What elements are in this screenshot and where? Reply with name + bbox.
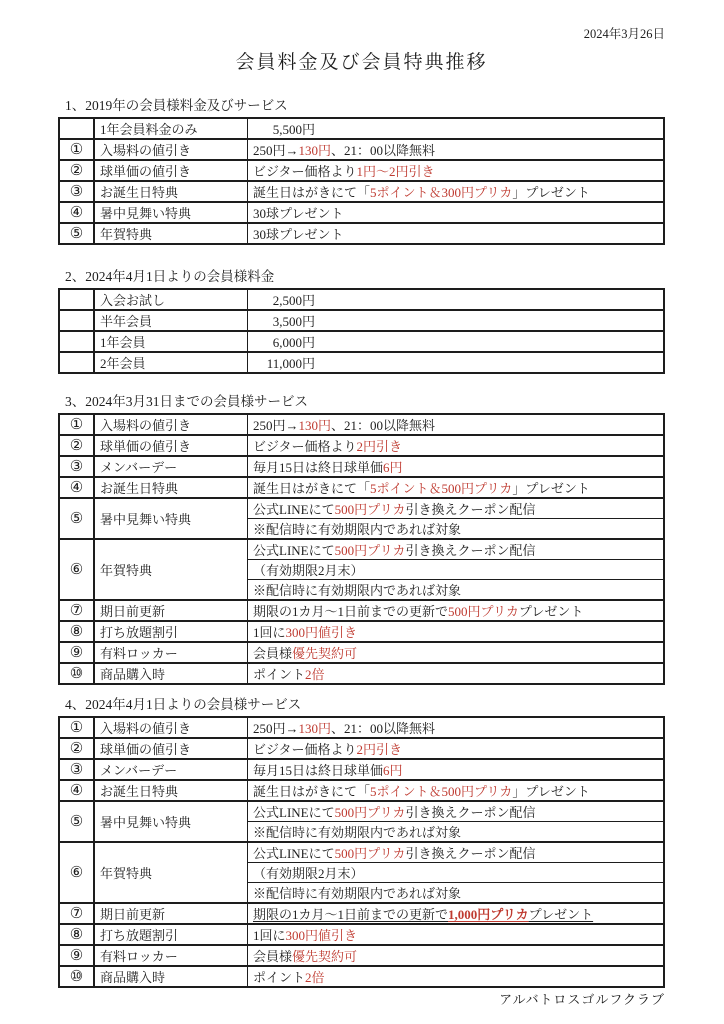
table-row: 2年会員 11,000円 <box>59 352 664 373</box>
table-row: ③ メンバーデー 毎月15日は終日球単価6円 <box>59 759 664 780</box>
value-suffix-text: 、21：00以降無料 <box>331 418 435 433</box>
table-row: ⑦ 期日前更新 期限の1カ月～1日前までの更新で1,000円プリカプレゼント <box>59 903 664 924</box>
table-row: ⑤ 暑中見舞い特典 公式LINEにて500円プリカ引き換えクーポン配信 <box>59 801 664 822</box>
value-suffix-text: 引き換えクーポン配信 <box>405 543 535 558</box>
section-heading-3: 3、2024年3月31日までの会員様サービス <box>58 394 665 410</box>
value-highlight-text: 2円引き <box>356 439 402 454</box>
row-number: ③ <box>59 759 94 780</box>
table-row: 半年会員 3,500円 <box>59 310 664 331</box>
row-value: （有効期限2月末） <box>248 560 665 580</box>
row-value: 公式LINEにて500円プリカ引き換えクーポン配信 <box>248 842 665 863</box>
row-value: 2,500円 <box>248 289 665 310</box>
document-footer: アルバトロスゴルフクラブ <box>58 992 665 1008</box>
value-highlight-text: 300円値引き <box>286 928 358 943</box>
value-prefix-text: 30球プレゼント <box>253 206 343 221</box>
value-suffix-text: 」プレゼント <box>512 481 589 496</box>
value-highlight-text: 1,000円プリカ <box>448 907 529 922</box>
row-label: 年賀特典 <box>94 539 248 600</box>
row-label: 球単価の値引き <box>94 435 248 456</box>
value-highlight-text: 500円プリカ <box>335 846 406 861</box>
row-number: ③ <box>59 456 94 477</box>
row-value: 11,000円 <box>248 352 665 373</box>
row-label: 商品購入時 <box>94 663 248 684</box>
value-highlight-text: 500円プリカ <box>335 805 406 820</box>
value-highlight-text: 6円 <box>383 460 403 475</box>
value-prefix-text: 毎月15日は終日球単価 <box>253 763 383 778</box>
table-row: 1年会員 6,000円 <box>59 331 664 352</box>
row-number: ② <box>59 160 94 181</box>
value-highlight-text: 2倍 <box>305 970 325 985</box>
value-highlight-text: 5ポイント＆300円プリカ <box>370 185 512 200</box>
value-prefix-text: 250円→ <box>253 418 299 433</box>
row-label: 期日前更新 <box>94 600 248 621</box>
row-number: ⑥ <box>59 539 94 600</box>
row-label: 入場料の値引き <box>94 414 248 435</box>
row-label: 暑中見舞い特典 <box>94 202 248 223</box>
value-suffix-text: 、21：00以降無料 <box>331 143 435 158</box>
row-number: ④ <box>59 780 94 801</box>
value-highlight-text: 300円値引き <box>286 625 358 640</box>
row-value: （有効期限2月末） <box>248 863 665 883</box>
table-row: ⑥ 年賀特典 公式LINEにて500円プリカ引き換えクーポン配信 <box>59 539 664 560</box>
row-label: メンバーデー <box>94 759 248 780</box>
value-suffix-text: 引き換えクーポン配信 <box>405 846 535 861</box>
row-value: ポイント2倍 <box>248 663 665 684</box>
row-label: メンバーデー <box>94 456 248 477</box>
fees-table-2019: 1年会員料金のみ 5,500円 ① 入場料の値引き 250円→130円、21：0… <box>58 117 665 245</box>
table-row: ⑥ 年賀特典 公式LINEにて500円プリカ引き換えクーポン配信 <box>59 842 664 863</box>
value-highlight-text: 1円～2円引き <box>356 164 434 179</box>
value-highlight-text: 2倍 <box>305 667 325 682</box>
row-value: ※配信時に有効期限内であれば対象 <box>248 822 665 843</box>
row-value: 30球プレゼント <box>248 223 665 244</box>
value-highlight-text: 130円 <box>299 418 332 433</box>
row-number: ② <box>59 435 94 456</box>
value-prefix-text: ポイント <box>253 667 305 682</box>
row-value: ビジター価格より2円引き <box>248 435 665 456</box>
row-value: 公式LINEにて500円プリカ引き換えクーポン配信 <box>248 539 665 560</box>
table-row: ② 球単価の値引き ビジター価格より2円引き <box>59 738 664 759</box>
row-label: 有料ロッカー <box>94 945 248 966</box>
row-number <box>59 331 94 352</box>
value-suffix-text: 引き換えクーポン配信 <box>405 502 535 517</box>
value-suffix-text: 」プレゼント <box>512 784 589 799</box>
row-value: 会員様優先契約可 <box>248 642 665 663</box>
value-suffix-text: プレゼント <box>519 604 583 619</box>
row-label: 1年会員料金のみ <box>94 118 248 139</box>
row-value: 250円→130円、21：00以降無料 <box>248 717 665 738</box>
price-text: 3,500円 <box>253 311 315 330</box>
row-label: 年賀特典 <box>94 842 248 903</box>
table-row: ⑦ 期日前更新 期限の1カ月～1日前までの更新で500円プリカプレゼント <box>59 600 664 621</box>
table-row: ⑩ 商品購入時 ポイント2倍 <box>59 663 664 684</box>
value-note-text: ※配信時に有効期限内であれば対象 <box>253 886 461 901</box>
value-prefix-text: 250円→ <box>253 721 299 736</box>
row-label: 2年会員 <box>94 352 248 373</box>
row-value: 250円→130円、21：00以降無料 <box>248 139 665 160</box>
row-number: ① <box>59 139 94 160</box>
table-row: ① 入場料の値引き 250円→130円、21：00以降無料 <box>59 717 664 738</box>
row-value: ビジター価格より2円引き <box>248 738 665 759</box>
row-label: お誕生日特典 <box>94 181 248 202</box>
value-prefix-text: 会員様 <box>253 646 292 661</box>
value-highlight-text: 500円プリカ <box>335 543 406 558</box>
row-number: ⑧ <box>59 621 94 642</box>
row-number: ② <box>59 738 94 759</box>
value-prefix-text: 公式LINEにて <box>253 543 335 558</box>
price-text: 6,000円 <box>253 332 315 351</box>
section-heading-2: 2、2024年4月1日よりの会員様料金 <box>58 269 665 285</box>
row-number: ⑨ <box>59 642 94 663</box>
value-note-text: ※配信時に有効期限内であれば対象 <box>253 825 461 840</box>
value-prefix-text: 30球プレゼント <box>253 227 343 242</box>
row-label: 球単価の値引き <box>94 160 248 181</box>
row-number: ⑦ <box>59 903 94 924</box>
row-label: 入場料の値引き <box>94 717 248 738</box>
row-number: ⑩ <box>59 966 94 987</box>
value-prefix-text: 1回に <box>253 625 286 640</box>
row-value: 30球プレゼント <box>248 202 665 223</box>
price-text: 5,500円 <box>253 119 315 138</box>
row-label: お誕生日特典 <box>94 780 248 801</box>
price-text: 2,500円 <box>253 290 315 309</box>
table-row: 入会お試し 2,500円 <box>59 289 664 310</box>
table-row: ⑤ 年賀特典 30球プレゼント <box>59 223 664 244</box>
value-suffix-text: プレゼント <box>529 907 593 922</box>
table-row: ④ お誕生日特典 誕生日はがきにて「5ポイント＆500円プリカ」プレゼント <box>59 477 664 498</box>
price-text: 11,000円 <box>253 353 315 372</box>
row-number: ① <box>59 414 94 435</box>
row-number: ⑤ <box>59 801 94 842</box>
services-table-until-march: ① 入場料の値引き 250円→130円、21：00以降無料 ② 球単価の値引き … <box>58 413 665 685</box>
row-number: ③ <box>59 181 94 202</box>
row-number: ⑦ <box>59 600 94 621</box>
value-note-text: （有効期限2月末） <box>253 866 364 881</box>
row-number: ⑤ <box>59 498 94 539</box>
document-page: 2024年3月26日 会員料金及び会員特典推移 1、2019年の会員様料金及びサ… <box>0 0 724 1024</box>
value-prefix-text: 期限の1カ月～1日前までの更新で <box>253 604 448 619</box>
table-row: ⑨ 有料ロッカー 会員様優先契約可 <box>59 642 664 663</box>
row-value: ビジター価格より1円～2円引き <box>248 160 665 181</box>
row-label: 入会お試し <box>94 289 248 310</box>
row-number: ⑧ <box>59 924 94 945</box>
value-prefix-text: ポイント <box>253 970 305 985</box>
value-highlight-text: 5ポイント＆500円プリカ <box>370 481 512 496</box>
table-row: ② 球単価の値引き ビジター価格より2円引き <box>59 435 664 456</box>
document-date: 2024年3月26日 <box>58 26 665 42</box>
value-note-text: ※配信時に有効期限内であれば対象 <box>253 583 461 598</box>
row-number <box>59 118 94 139</box>
table-row: ④ お誕生日特典 誕生日はがきにて「5ポイント＆500円プリカ」プレゼント <box>59 780 664 801</box>
row-number <box>59 310 94 331</box>
value-highlight-text: 130円 <box>299 721 332 736</box>
row-value: 1回に300円値引き <box>248 621 665 642</box>
table-row: ⑨ 有料ロッカー 会員様優先契約可 <box>59 945 664 966</box>
row-value: ※配信時に有効期限内であれば対象 <box>248 580 665 601</box>
value-suffix-text: 、21：00以降無料 <box>331 721 435 736</box>
row-label: 期日前更新 <box>94 903 248 924</box>
row-label: 有料ロッカー <box>94 642 248 663</box>
table-row: ⑤ 暑中見舞い特典 公式LINEにて500円プリカ引き換えクーポン配信 <box>59 498 664 519</box>
row-label: 半年会員 <box>94 310 248 331</box>
row-value: ポイント2倍 <box>248 966 665 987</box>
value-highlight-text: 500円プリカ <box>335 502 406 517</box>
row-label: 1年会員 <box>94 331 248 352</box>
table-row: ① 入場料の値引き 250円→130円、21：00以降無料 <box>59 139 664 160</box>
value-prefix-text: ビジター価格より <box>253 439 356 454</box>
table-row: 1年会員料金のみ 5,500円 <box>59 118 664 139</box>
value-suffix-text: 」プレゼント <box>512 185 589 200</box>
section-heading-4: 4、2024年4月1日よりの会員様サービス <box>58 697 665 713</box>
row-value: 誕生日はがきにて「5ポイント＆500円プリカ」プレゼント <box>248 477 665 498</box>
row-label: お誕生日特典 <box>94 477 248 498</box>
value-prefix-text: 誕生日はがきにて「 <box>253 481 370 496</box>
section-heading-1: 1、2019年の会員様料金及びサービス <box>58 98 665 114</box>
value-highlight-text: 優先契約可 <box>292 646 357 661</box>
row-label: 入場料の値引き <box>94 139 248 160</box>
row-value: 6,000円 <box>248 331 665 352</box>
row-value: 250円→130円、21：00以降無料 <box>248 414 665 435</box>
document-title: 会員料金及び会員特典推移 <box>58 50 665 76</box>
row-value: 誕生日はがきにて「5ポイント＆300円プリカ」プレゼント <box>248 181 665 202</box>
row-number: ⑨ <box>59 945 94 966</box>
value-prefix-text: ビジター価格より <box>253 164 356 179</box>
row-number <box>59 352 94 373</box>
value-highlight-text: 5ポイント＆500円プリカ <box>370 784 512 799</box>
value-prefix-text: 公式LINEにて <box>253 502 335 517</box>
table-row: ③ メンバーデー 毎月15日は終日球単価6円 <box>59 456 664 477</box>
row-value: 期限の1カ月～1日前までの更新で1,000円プリカプレゼント <box>248 903 665 924</box>
row-value: ※配信時に有効期限内であれば対象 <box>248 519 665 540</box>
row-label: 暑中見舞い特典 <box>94 498 248 539</box>
row-label: 年賀特典 <box>94 223 248 244</box>
row-value: 毎月15日は終日球単価6円 <box>248 759 665 780</box>
value-prefix-text: 期限の1カ月～1日前までの更新で <box>253 907 448 922</box>
row-value: 誕生日はがきにて「5ポイント＆500円プリカ」プレゼント <box>248 780 665 801</box>
table-row: ③ お誕生日特典 誕生日はがきにて「5ポイント＆300円プリカ」プレゼント <box>59 181 664 202</box>
table-row: ② 球単価の値引き ビジター価格より1円～2円引き <box>59 160 664 181</box>
value-note-text: ※配信時に有効期限内であれば対象 <box>253 522 461 537</box>
row-value: 1回に300円値引き <box>248 924 665 945</box>
value-prefix-text: 毎月15日は終日球単価 <box>253 460 383 475</box>
value-prefix-text: 1回に <box>253 928 286 943</box>
fees-table-2024: 入会お試し 2,500円 半年会員 3,500円 1年会員 6,000円 2年会… <box>58 288 665 374</box>
row-number: ④ <box>59 477 94 498</box>
row-value: 会員様優先契約可 <box>248 945 665 966</box>
row-value: 毎月15日は終日球単価6円 <box>248 456 665 477</box>
value-prefix-text: 公式LINEにて <box>253 805 335 820</box>
value-highlight-text: 500円プリカ <box>448 604 519 619</box>
table-row: ⑧ 打ち放題割引 1回に300円値引き <box>59 621 664 642</box>
row-number: ④ <box>59 202 94 223</box>
row-label: 球単価の値引き <box>94 738 248 759</box>
value-highlight-text: 優先契約可 <box>292 949 357 964</box>
table-row: ⑩ 商品購入時 ポイント2倍 <box>59 966 664 987</box>
value-prefix-text: 250円→ <box>253 143 299 158</box>
value-prefix-text: 公式LINEにて <box>253 846 335 861</box>
row-value: 期限の1カ月～1日前までの更新で500円プリカプレゼント <box>248 600 665 621</box>
value-prefix-text: 誕生日はがきにて「 <box>253 784 370 799</box>
row-number: ⑩ <box>59 663 94 684</box>
row-value: 3,500円 <box>248 310 665 331</box>
row-label: 暑中見舞い特典 <box>94 801 248 842</box>
table-row: ① 入場料の値引き 250円→130円、21：00以降無料 <box>59 414 664 435</box>
row-number: ① <box>59 717 94 738</box>
row-label: 打ち放題割引 <box>94 924 248 945</box>
row-value: 公式LINEにて500円プリカ引き換えクーポン配信 <box>248 801 665 822</box>
row-value: ※配信時に有効期限内であれば対象 <box>248 883 665 904</box>
value-highlight-text: 130円 <box>299 143 332 158</box>
row-label: 商品購入時 <box>94 966 248 987</box>
row-label: 打ち放題割引 <box>94 621 248 642</box>
value-highlight-text: 2円引き <box>356 742 402 757</box>
value-prefix-text: ビジター価格より <box>253 742 356 757</box>
row-number <box>59 289 94 310</box>
table-row: ⑧ 打ち放題割引 1回に300円値引き <box>59 924 664 945</box>
row-number: ⑥ <box>59 842 94 903</box>
value-prefix-text: 誕生日はがきにて「 <box>253 185 370 200</box>
value-suffix-text: 引き換えクーポン配信 <box>405 805 535 820</box>
value-prefix-text: 会員様 <box>253 949 292 964</box>
row-number: ⑤ <box>59 223 94 244</box>
value-highlight-text: 6円 <box>383 763 403 778</box>
services-table-from-april: ① 入場料の値引き 250円→130円、21：00以降無料 ② 球単価の値引き … <box>58 716 665 988</box>
value-note-text: （有効期限2月末） <box>253 563 364 578</box>
table-row: ④ 暑中見舞い特典 30球プレゼント <box>59 202 664 223</box>
row-value: 5,500円 <box>248 118 665 139</box>
row-value: 公式LINEにて500円プリカ引き換えクーポン配信 <box>248 498 665 519</box>
